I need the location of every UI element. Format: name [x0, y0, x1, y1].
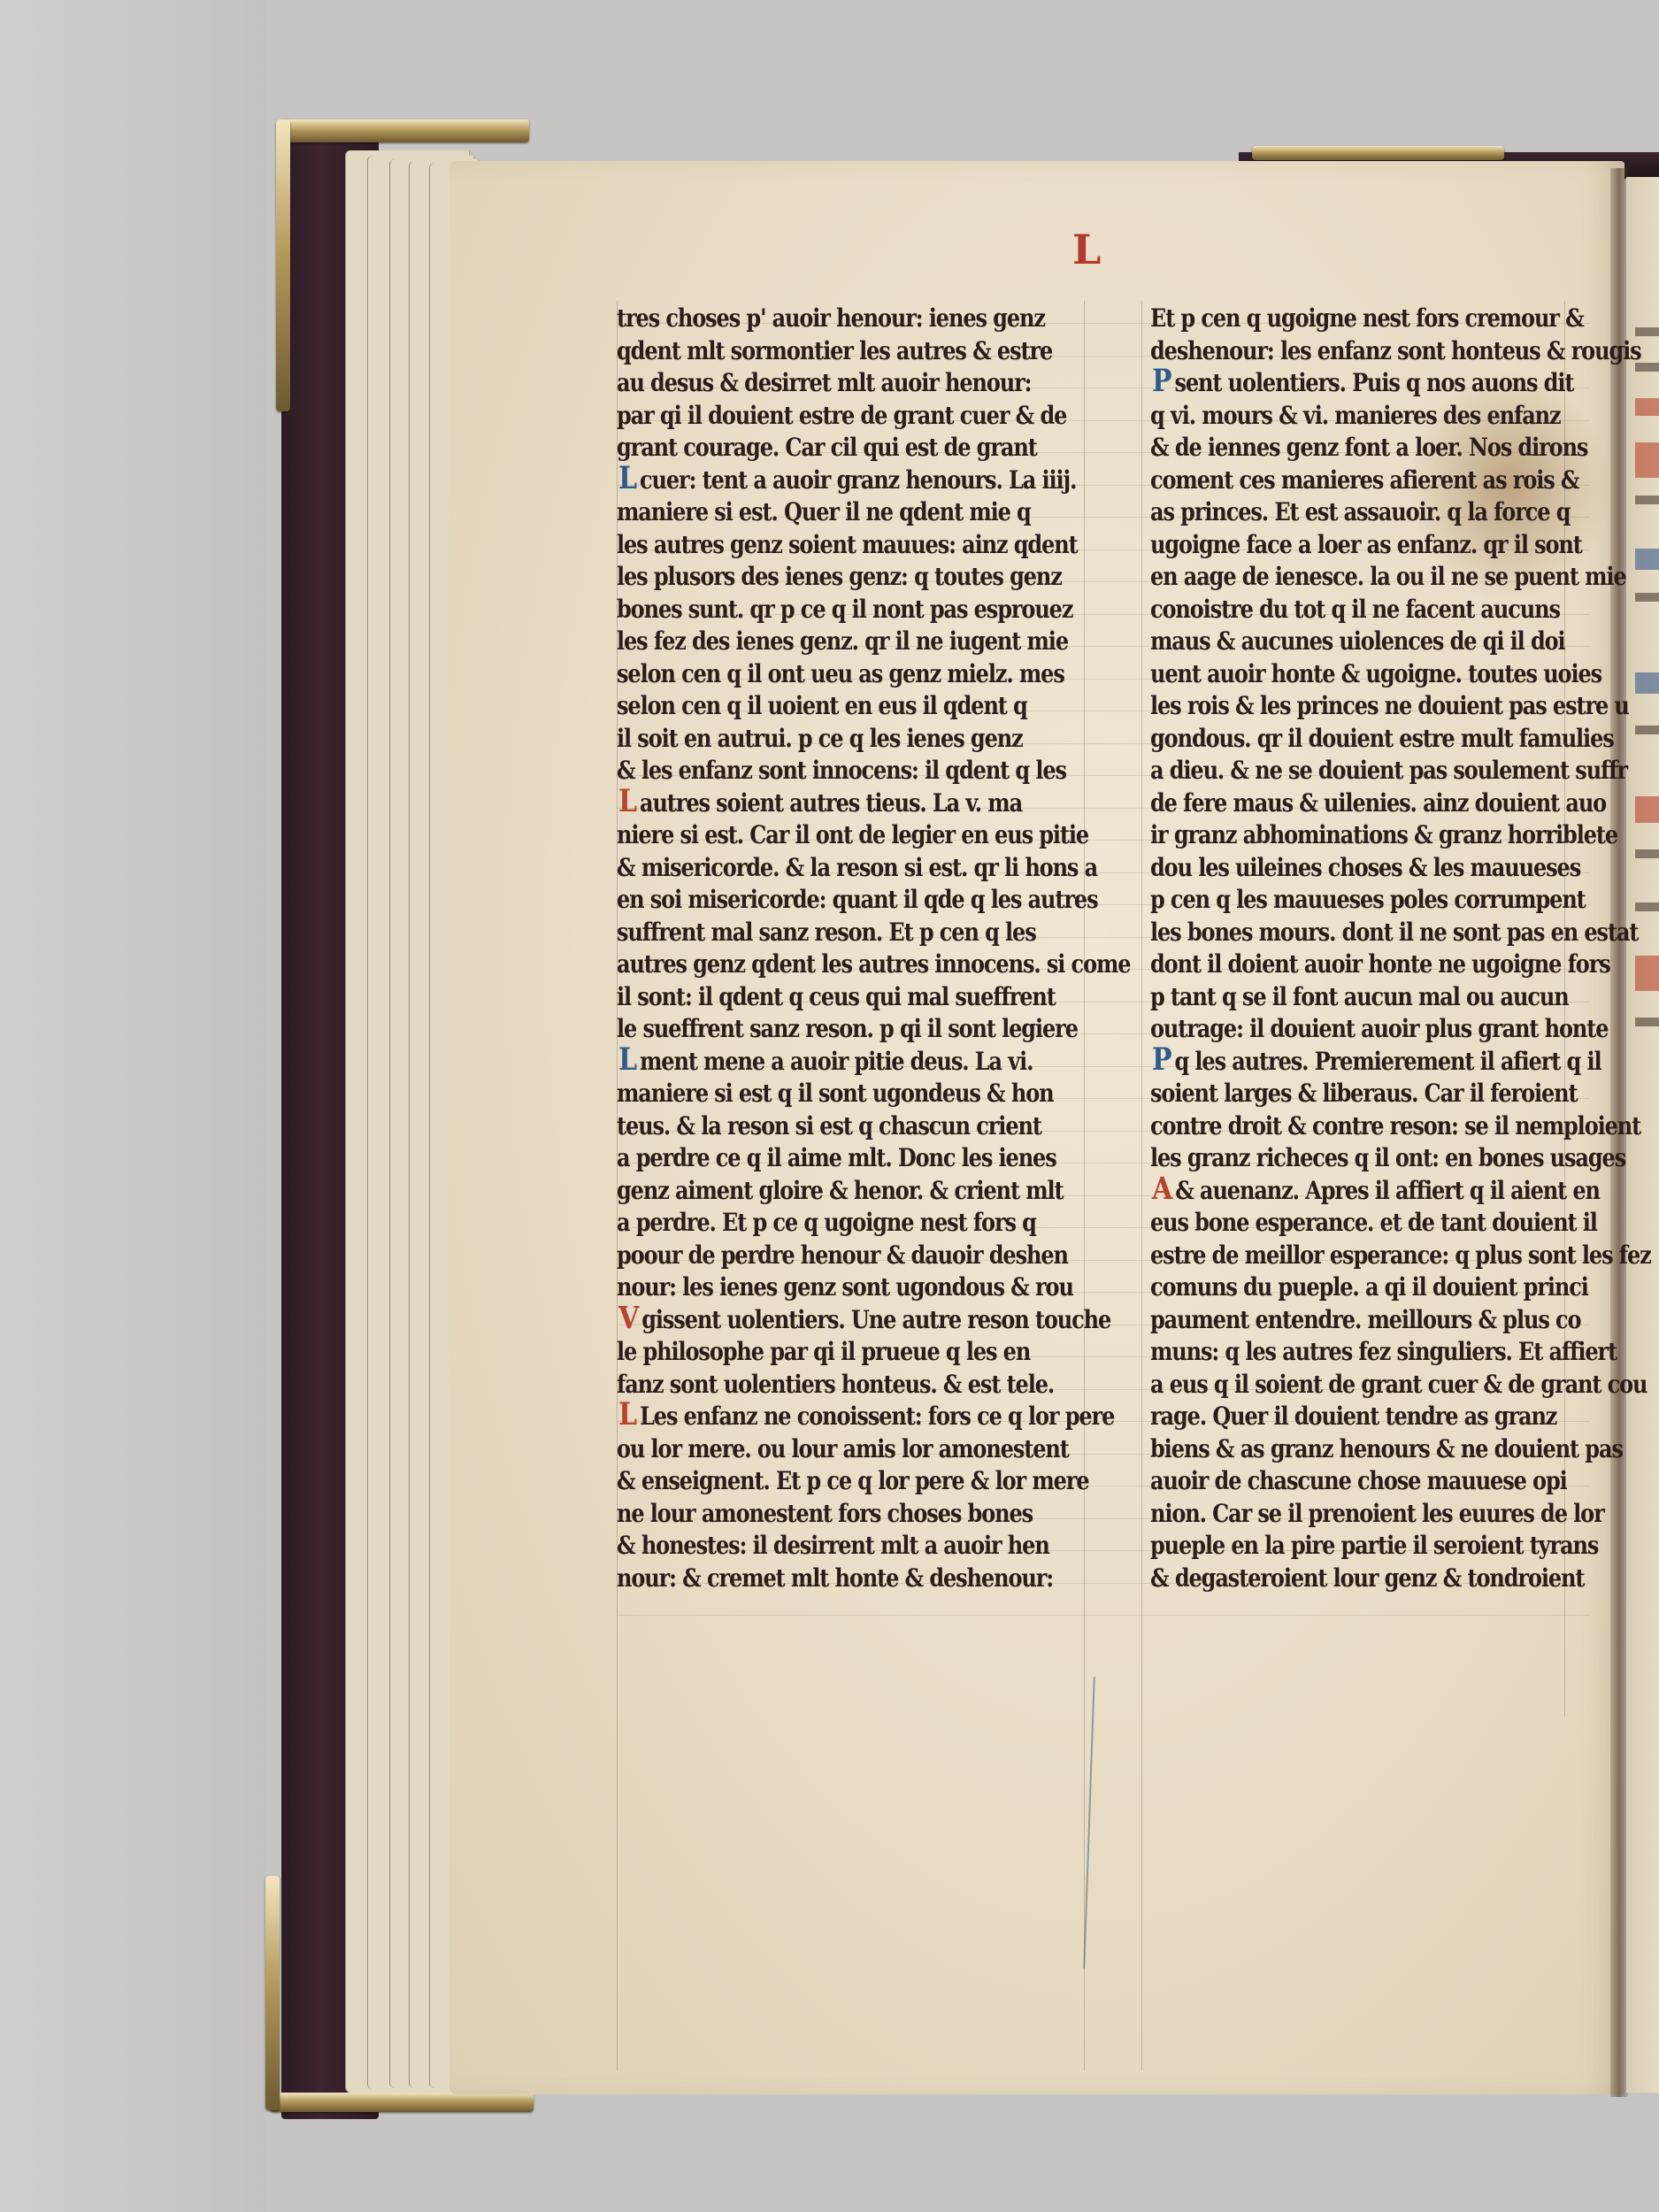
text-line-content: estre de meillor esperance: q plus sont … — [1150, 1240, 1651, 1269]
text-line: auoir de chascune chose mauuese opi — [1150, 1463, 1619, 1500]
ruling-line-horizontal — [617, 840, 1590, 841]
text-line-content: par qi il douient estre de grant cuer & … — [617, 400, 1066, 429]
text-line-content: de fere maus & uilenies. ainz douient au… — [1150, 787, 1606, 817]
text-line: nour: & cremet mlt honte & deshenour: — [617, 1560, 1094, 1597]
text-line-content: a eus q il soient de grant cuer & de gra… — [1150, 1369, 1647, 1398]
text-line-content: contre droit & contre reson: se il nempl… — [1150, 1110, 1640, 1140]
text-line-content: autres genz qdent les autres innocens. s… — [617, 949, 1130, 979]
text-line-content: le philosophe par qi il prueue q les en — [617, 1337, 1030, 1366]
text-line: soient larges & liberaus. Car il feroien… — [1150, 1075, 1619, 1112]
ruling-line-horizontal — [617, 549, 1590, 550]
text-line-content: eus bone esperance. et de tant douient i… — [1150, 1208, 1597, 1237]
ruling-line-horizontal — [617, 485, 1590, 486]
ruling-line-horizontal — [617, 1615, 1590, 1616]
decorated-initial: L — [617, 787, 638, 818]
text-line-content: ment mene a auoir pitie deus. La vi. — [640, 1046, 1033, 1075]
text-line-content: deshenour: les enfanz sont honteus & rou… — [1150, 335, 1641, 365]
ruling-line-horizontal — [617, 1356, 1590, 1357]
ruling-line-horizontal — [617, 937, 1590, 938]
text-line-content: ir granz abhominations & granz horriblet… — [1150, 820, 1617, 849]
ruling-line-horizontal — [617, 517, 1590, 518]
brass-clasp-bottom-left-vertical — [265, 1876, 280, 2110]
text-line-content: conoistre du tot q il ne facent aucuns — [1150, 594, 1560, 623]
text-line: eus bone esperance. et de tant douient i… — [1150, 1204, 1619, 1241]
text-line: les rois & les princes ne douient pas es… — [1150, 687, 1619, 725]
text-line: & degasteroient lour genz & tondroient — [1150, 1560, 1619, 1597]
text-line: en soi misericorde: quant il qde q les a… — [617, 881, 1094, 918]
text-line-content: selon cen q il ont ueu as genz mielz. me… — [617, 658, 1064, 687]
text-line: le philosophe par qi il prueue q les en — [617, 1333, 1094, 1371]
text-line: a perdre ce q il aime mlt. Donc les iene… — [617, 1140, 1094, 1177]
decorated-initial: P — [1150, 1045, 1172, 1076]
text-line-content: a dieu. & ne se douient pas soulement su… — [1150, 756, 1627, 785]
ruling-line-horizontal — [617, 581, 1590, 582]
text-line-content: le sueffrent sanz reson. p qi il sont le… — [617, 1014, 1078, 1043]
text-line-content: poour de perdre henour & dauoir deshen — [617, 1240, 1068, 1269]
ruling-line-horizontal — [617, 1002, 1590, 1002]
brass-clasp-bottom-left — [270, 2093, 534, 2112]
text-line-content: coment ces manieres afierent as rois & — [1150, 465, 1578, 494]
text-line-content: les bones mours. dont il ne sont pas en … — [1150, 917, 1638, 946]
text-line-content: bones sunt. qr p ce q il nont pas esprou… — [617, 594, 1072, 623]
text-line: maus & aucunes uiolences de qi il doi — [1150, 623, 1619, 660]
text-line-content: dont il doient auoir honte ne ugoigne fo… — [1150, 949, 1610, 979]
text-line: les granz richeces q il ont: en bones us… — [1150, 1140, 1619, 1177]
text-line: ir granz abhominations & granz horriblet… — [1150, 817, 1619, 854]
ruling-line-horizontal — [617, 1163, 1590, 1164]
text-line-content: comuns du pueple. a qi il douient princi — [1150, 1272, 1588, 1302]
ruling-line-horizontal — [617, 710, 1590, 711]
text-line: nour: les ienes genz sont ugondous & rou — [617, 1269, 1094, 1306]
ruling-line-horizontal — [617, 646, 1590, 647]
ruling-line-horizontal — [617, 1260, 1590, 1261]
text-line-content: nion. Car se il prenoient les euures de … — [1150, 1498, 1604, 1527]
ruling-line-horizontal — [617, 1550, 1590, 1551]
text-line-content: suffrent mal sanz reson. Et p cen q les — [617, 917, 1036, 946]
text-line: tres choses p' auoir henour: ienes genz — [617, 300, 1094, 337]
ruling-line-vertical — [1141, 301, 1142, 2070]
text-line: Psent uolentiers. Puis q nos auons dit — [1150, 365, 1619, 402]
text-line-content: il soit en autrui. p ce q les ienes genz — [617, 723, 1023, 752]
brass-clasp-top-left — [281, 119, 529, 142]
text-line-content: genz aiment gloire & henor. & crient mlt — [617, 1175, 1064, 1204]
text-line-content: & misericorde. & la reson si est. qr li … — [617, 852, 1097, 881]
text-line-content: qdent mlt sormontier les autres & estre — [617, 335, 1052, 365]
ruling-line-horizontal — [617, 1325, 1590, 1325]
text-line-content: paument entendre. meillours & plus co — [1150, 1304, 1580, 1333]
text-line-content: gondous. qr il douient estre mult famuli… — [1150, 723, 1614, 752]
ruling-line-horizontal — [617, 1389, 1590, 1390]
text-line: selon cen q il uoient en eus il qdent q — [617, 687, 1094, 725]
text-line: muns: q les autres fez singuliers. Et af… — [1150, 1333, 1619, 1371]
text-line-content: tres choses p' auoir henour: ienes genz — [617, 303, 1045, 333]
text-line: pueple en la pire partie il seroient tyr… — [1150, 1527, 1619, 1564]
decorated-initial: L — [617, 1401, 638, 1432]
text-line-content: rage. Quer il douient tendre as granz — [1150, 1402, 1556, 1431]
decorated-initial: A — [1150, 1174, 1173, 1205]
ruling-line-horizontal — [617, 1486, 1590, 1486]
ruling-line-horizontal — [617, 1421, 1590, 1422]
text-line-content: grant courage. Car cil qui est de grant — [617, 433, 1037, 462]
text-line-content: outrage: il douient auoir plus grant hon… — [1150, 1014, 1608, 1043]
text-line-content: & de iennes genz font a loer. Nos dirons — [1150, 433, 1587, 462]
text-line-content: auoir de chascune chose mauuese opi — [1150, 1466, 1567, 1495]
text-line-content: dou les uileines choses & les mauueses — [1150, 852, 1580, 881]
ruling-line-horizontal — [617, 743, 1590, 744]
ruling-line-horizontal — [617, 452, 1590, 453]
text-line-content: p tant q se il font aucun mal ou aucun — [1150, 981, 1569, 1010]
text-line-content: cuer: tent a auoir granz henours. La iii… — [640, 465, 1076, 494]
text-line-content: niere si est. Car il ont de legier en eu… — [617, 820, 1088, 849]
decorated-initial: L — [617, 464, 638, 495]
text-line: en aage de ienesce. la ou il ne se puent… — [1150, 558, 1619, 595]
text-line-content: biens & as granz henours & ne douient pa… — [1150, 1433, 1623, 1463]
text-line-content: les granz richeces q il ont: en bones us… — [1150, 1143, 1625, 1172]
text-line: & enseignent. Et p ce q lor pere & lor m… — [617, 1463, 1094, 1500]
ruling-line-horizontal — [617, 808, 1590, 809]
text-line-content: q vi. mours & vi. manieres des enfanz — [1150, 400, 1561, 429]
text-line-content: en soi misericorde: quant il qde q les a… — [617, 885, 1098, 914]
text-line-content: fanz sont uolentiers honteus. & est tele… — [617, 1369, 1054, 1398]
text-line-content: maus & aucunes uiolences de qi il doi — [1150, 626, 1565, 656]
text-line-content: as princes. Et est assauoir. q la force … — [1150, 497, 1570, 526]
text-line-content: ne lour amonestent fors choses bones — [617, 1498, 1033, 1527]
ruling-line-horizontal — [617, 1131, 1590, 1132]
text-line-content: ou lor mere. ou lour amis lor amonestent — [617, 1433, 1069, 1463]
text-line: maniere si est. Quer il ne qdent mie q — [617, 494, 1094, 531]
decorated-initial: V — [617, 1303, 640, 1334]
text-line: au desus & desirret mlt auoir henour: — [617, 365, 1094, 402]
text-line: grant courage. Car cil qui est de grant — [617, 429, 1094, 466]
ruling-line-horizontal — [617, 1098, 1590, 1099]
photo-background-left — [0, 0, 265, 2212]
text-line-content: nour: les ienes genz sont ugondous & rou — [617, 1272, 1073, 1302]
text-line-content: & honestes: il desirrent mlt a auoir hen — [617, 1531, 1049, 1560]
text-column-left: tres choses p' auoir henour: ienes genzq… — [617, 303, 1094, 1594]
text-line: comuns du pueple. a qi il douient princi — [1150, 1269, 1619, 1306]
text-line-content: a perdre. Et p ce q ugoigne nest fors q — [617, 1208, 1036, 1237]
brass-clasp-top-right — [1252, 146, 1504, 160]
ruling-line-horizontal — [617, 1518, 1590, 1519]
ruling-line-horizontal — [617, 323, 1590, 324]
ruling-line-horizontal — [617, 420, 1590, 421]
text-line-content: p cen q les mauueses poles corrumpent — [1150, 885, 1586, 914]
ruling-line-horizontal — [617, 872, 1590, 873]
text-line: outrage: il douient auoir plus grant hon… — [1150, 1010, 1619, 1048]
running-head: L — [1072, 226, 1101, 273]
text-line-content: & les enfanz sont innocens: il qdent q l… — [617, 756, 1066, 785]
text-line-content: & enseignent. Et p ce q lor pere & lor m… — [617, 1466, 1089, 1495]
text-column-right: Et p cen q ugoigne nest fors cremour &de… — [1150, 303, 1619, 1594]
ruling-line-horizontal — [617, 1454, 1590, 1455]
text-line-content: selon cen q il uoient en eus il qdent q — [617, 691, 1027, 720]
text-line: autres genz qdent les autres innocens. s… — [617, 946, 1094, 983]
text-line: p cen q les mauueses poles corrumpent — [1150, 881, 1619, 918]
text-line: les plusors des ienes genz: q toutes gen… — [617, 558, 1094, 595]
text-line-content: les autres genz soient mauues: ainz qden… — [617, 529, 1078, 558]
text-line: as princes. Et est assauoir. q la force … — [1150, 494, 1619, 531]
text-line-content: autres soient autres tieus. La v. ma — [640, 787, 1022, 817]
text-line-content: en aage de ienesce. la ou il ne se puent… — [1150, 562, 1626, 591]
ruling-line-horizontal — [617, 388, 1590, 388]
text-line-content: les plusors des ienes genz: q toutes gen… — [617, 562, 1062, 591]
text-line-content: & auenanz. Apres il affiert q il aient e… — [1175, 1175, 1600, 1204]
text-line: maniere si est q il sont ugondeus & hon — [617, 1075, 1094, 1112]
text-line: rage. Quer il douient tendre as granz — [1150, 1398, 1619, 1435]
text-line-content: maniere si est. Quer il ne qdent mie q — [617, 497, 1031, 526]
text-line: le sueffrent sanz reson. p qi il sont le… — [617, 1010, 1094, 1048]
decorated-initial: L — [617, 1045, 638, 1076]
text-line: a perdre. Et p ce q ugoigne nest fors q — [617, 1204, 1094, 1241]
text-line-content: Les enfanz ne conoissent: fors ce q lor … — [640, 1402, 1114, 1431]
text-line: Et p cen q ugoigne nest fors cremour & — [1150, 300, 1619, 337]
text-line: & les enfanz sont innocens: il qdent q l… — [617, 752, 1094, 789]
ruling-line-horizontal — [617, 679, 1590, 680]
text-line: les fez des ienes genz. qr il ne iugent … — [617, 623, 1094, 660]
text-line-content: il sont: il qdent q ceus qui mal sueffre… — [617, 981, 1056, 1010]
text-line: dont il doient auoir honte ne ugoigne fo… — [1150, 946, 1619, 983]
ruling-line-horizontal — [617, 904, 1590, 905]
brass-clasp-top-left-vertical — [276, 119, 290, 411]
text-line-content: gissent uolentiers. Une autre reson touc… — [641, 1304, 1110, 1333]
text-line-content: sent uolentiers. Puis q nos auons dit — [1174, 368, 1573, 397]
text-line-content: & degasteroient lour genz & tondroient — [1150, 1563, 1584, 1592]
text-line: & honestes: il desirrent mlt a auoir hen — [617, 1527, 1094, 1564]
text-line-content: muns: q les autres fez singuliers. Et af… — [1150, 1337, 1617, 1366]
text-line: & de iennes genz font a loer. Nos dirons — [1150, 429, 1619, 466]
text-line-content: Et p cen q ugoigne nest fors cremour & — [1150, 303, 1584, 333]
ruling-line-horizontal — [617, 969, 1590, 970]
text-line: a dieu. & ne se douient pas soulement su… — [1150, 752, 1619, 789]
decorated-initial: P — [1150, 367, 1172, 398]
text-line: LLes enfanz ne conoissent: fors ce q lor… — [617, 1398, 1094, 1435]
text-line-content: pueple en la pire partie il seroient tyr… — [1150, 1531, 1598, 1560]
text-line-content: maniere si est q il sont ugondeus & hon — [617, 1079, 1053, 1108]
ruling-line-horizontal — [617, 614, 1590, 615]
text-line: niere si est. Car il ont de legier en eu… — [617, 817, 1094, 854]
text-line-content: q les autres. Premierement il afiert q i… — [1174, 1046, 1601, 1075]
ruling-line-horizontal — [617, 1033, 1590, 1034]
text-line-content: au desus & desirret mlt auoir henour: — [617, 368, 1031, 397]
text-line-content: les rois & les princes ne douient pas es… — [1150, 691, 1629, 720]
text-line-content: ugoigne face a loer as enfanz. qr il son… — [1150, 529, 1582, 558]
text-line-content: teus. & la reson si est q chascun crient — [617, 1110, 1041, 1140]
text-line-content: a perdre ce q il aime mlt. Donc les iene… — [617, 1143, 1056, 1172]
ruling-line-horizontal — [617, 1583, 1590, 1584]
text-line-content: soient larges & liberaus. Car il feroien… — [1150, 1079, 1578, 1108]
ruling-line-horizontal — [617, 1066, 1590, 1067]
ruling-line-horizontal — [617, 1292, 1590, 1293]
text-line-content: uent auoir honte & ugoigne. toutes uoies — [1150, 658, 1601, 687]
ruling-line-horizontal — [617, 1227, 1590, 1228]
ruling-line-horizontal — [617, 356, 1590, 357]
text-line-content: les fez des ienes genz. qr il ne iugent … — [617, 626, 1068, 656]
ruling-line-horizontal — [617, 1195, 1590, 1196]
text-line-content: nour: & cremet mlt honte & deshenour: — [617, 1563, 1053, 1592]
ruling-line-horizontal — [617, 775, 1590, 776]
